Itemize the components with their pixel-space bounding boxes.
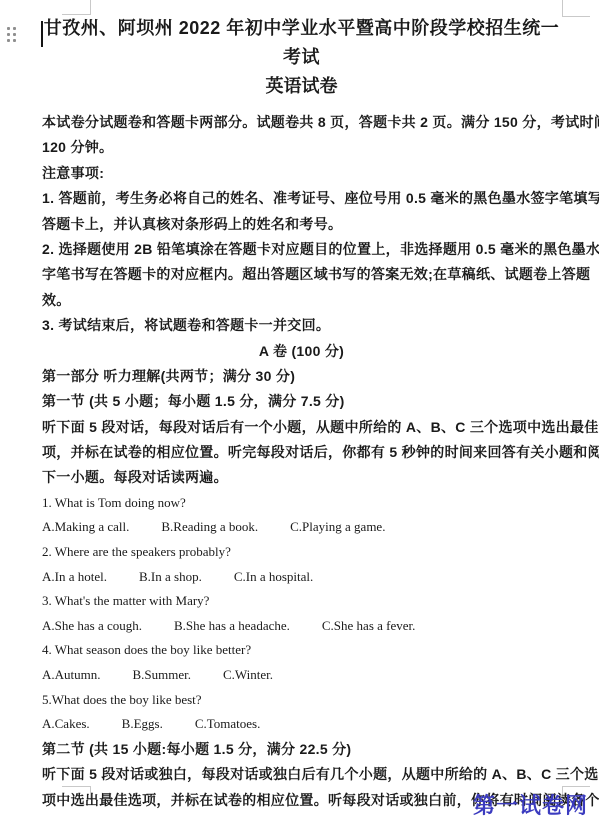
intro-line: 120 分钟。 — [42, 135, 561, 160]
option-c: C.Playing a game. — [290, 515, 385, 540]
option-a: A.She has a cough. — [42, 614, 142, 639]
drag-handle-icon[interactable] — [7, 27, 16, 42]
crop-mark-top-right — [562, 0, 590, 17]
node1-title: 第一节 (共 5 小题；每小题 1.5 分，满分 7.5 分) — [42, 389, 561, 414]
exam-title: 甘孜州、阿坝州 2022 年初中学业水平暨高中阶段学校招生统一考试 — [42, 14, 561, 72]
option-a: A.In a hotel. — [42, 565, 107, 590]
option-a: A.Cakes. — [42, 712, 90, 737]
note-line: 2. 选择题使用 2B 铅笔填涂在答题卡对应题目的位置上，非选择题用 0.5 毫… — [42, 237, 561, 262]
option-c: C.Winter. — [223, 663, 273, 688]
option-b: B.She has a headache. — [174, 614, 290, 639]
node1-instruction-line: 听下面 5 段对话，每段对话后有一个小题，从题中所给的 A、B、C 三个选项中选… — [42, 415, 561, 440]
option-b: B.In a shop. — [139, 565, 202, 590]
option-a: A.Making a call. — [42, 515, 129, 540]
section-a-heading: A 卷 (100 分) — [42, 339, 561, 364]
option-c: C.In a hospital. — [234, 565, 313, 590]
part1-title: 第一部分 听力理解(共两节；满分 30 分) — [42, 364, 561, 389]
options-row: A.Cakes. B.Eggs. C.Tomatoes. — [42, 712, 561, 737]
node1-instruction-line: 项，并标在试卷的相应位置。听完每段对话后，你都有 5 秒钟的时间来回答有关小题和… — [42, 440, 561, 465]
notes-heading: 注意事项: — [42, 161, 561, 186]
option-b: B.Eggs. — [122, 712, 163, 737]
node2-title: 第二节 (共 15 小题:每小题 1.5 分，满分 22.5 分) — [42, 737, 561, 762]
options-row: A.She has a cough. B.She has a headache.… — [42, 614, 561, 639]
exam-subtitle: 英语试卷 — [42, 72, 561, 101]
options-row: A.In a hotel. B.In a shop. C.In a hospit… — [42, 565, 561, 590]
options-row: A.Autumn. B.Summer. C.Winter. — [42, 663, 561, 688]
option-b: B.Reading a book. — [161, 515, 258, 540]
question-text: 3. What's the matter with Mary? — [42, 589, 561, 614]
document-body: 甘孜州、阿坝州 2022 年初中学业水平暨高中阶段学校招生统一考试 英语试卷 本… — [42, 14, 561, 813]
note-line: 效。 — [42, 288, 561, 313]
node2-instruction-line: 听下面 5 段对话或独白，每段对话或独白后有几个小题，从题中所给的 A、B、C … — [42, 762, 561, 787]
note-line: 字笔书写在答题卡的对应框内。超出答题区域书写的答案无效;在草稿纸、试题卷上答题 … — [42, 262, 561, 287]
question-text: 2. Where are the speakers probably? — [42, 540, 561, 565]
options-row: A.Making a call. B.Reading a book. C.Pla… — [42, 515, 561, 540]
option-c: C.She has a fever. — [322, 614, 416, 639]
question-text: 4. What season does the boy like better? — [42, 638, 561, 663]
exam-paper-page: 甘孜州、阿坝州 2022 年初中学业水平暨高中阶段学校招生统一考试 英语试卷 本… — [0, 0, 599, 829]
node1-instruction-line: 下一小题。每段对话读两遍。 — [42, 465, 561, 490]
site-watermark: 第一试卷网 — [473, 793, 588, 819]
note-line: 答题卡上，并认真核对条形码上的姓名和考号。 — [42, 212, 561, 237]
option-a: A.Autumn. — [42, 663, 101, 688]
option-c: C.Tomatoes. — [195, 712, 261, 737]
note-line: 3. 考试结束后，将试题卷和答题卡一并交回。 — [42, 313, 561, 338]
intro-line: 本试卷分试题卷和答题卡两部分。试题卷共 8 页，答题卡共 2 页。满分 150 … — [42, 110, 561, 135]
question-text: 1. What is Tom doing now? — [42, 491, 561, 516]
crop-mark-top-left — [62, 0, 91, 15]
option-b: B.Summer. — [133, 663, 192, 688]
note-line: 1. 答题前，考生务必将自己的姓名、准考证号、座位号用 0.5 毫米的黑色墨水签… — [42, 186, 561, 211]
question-text: 5.What does the boy like best? — [42, 688, 561, 713]
